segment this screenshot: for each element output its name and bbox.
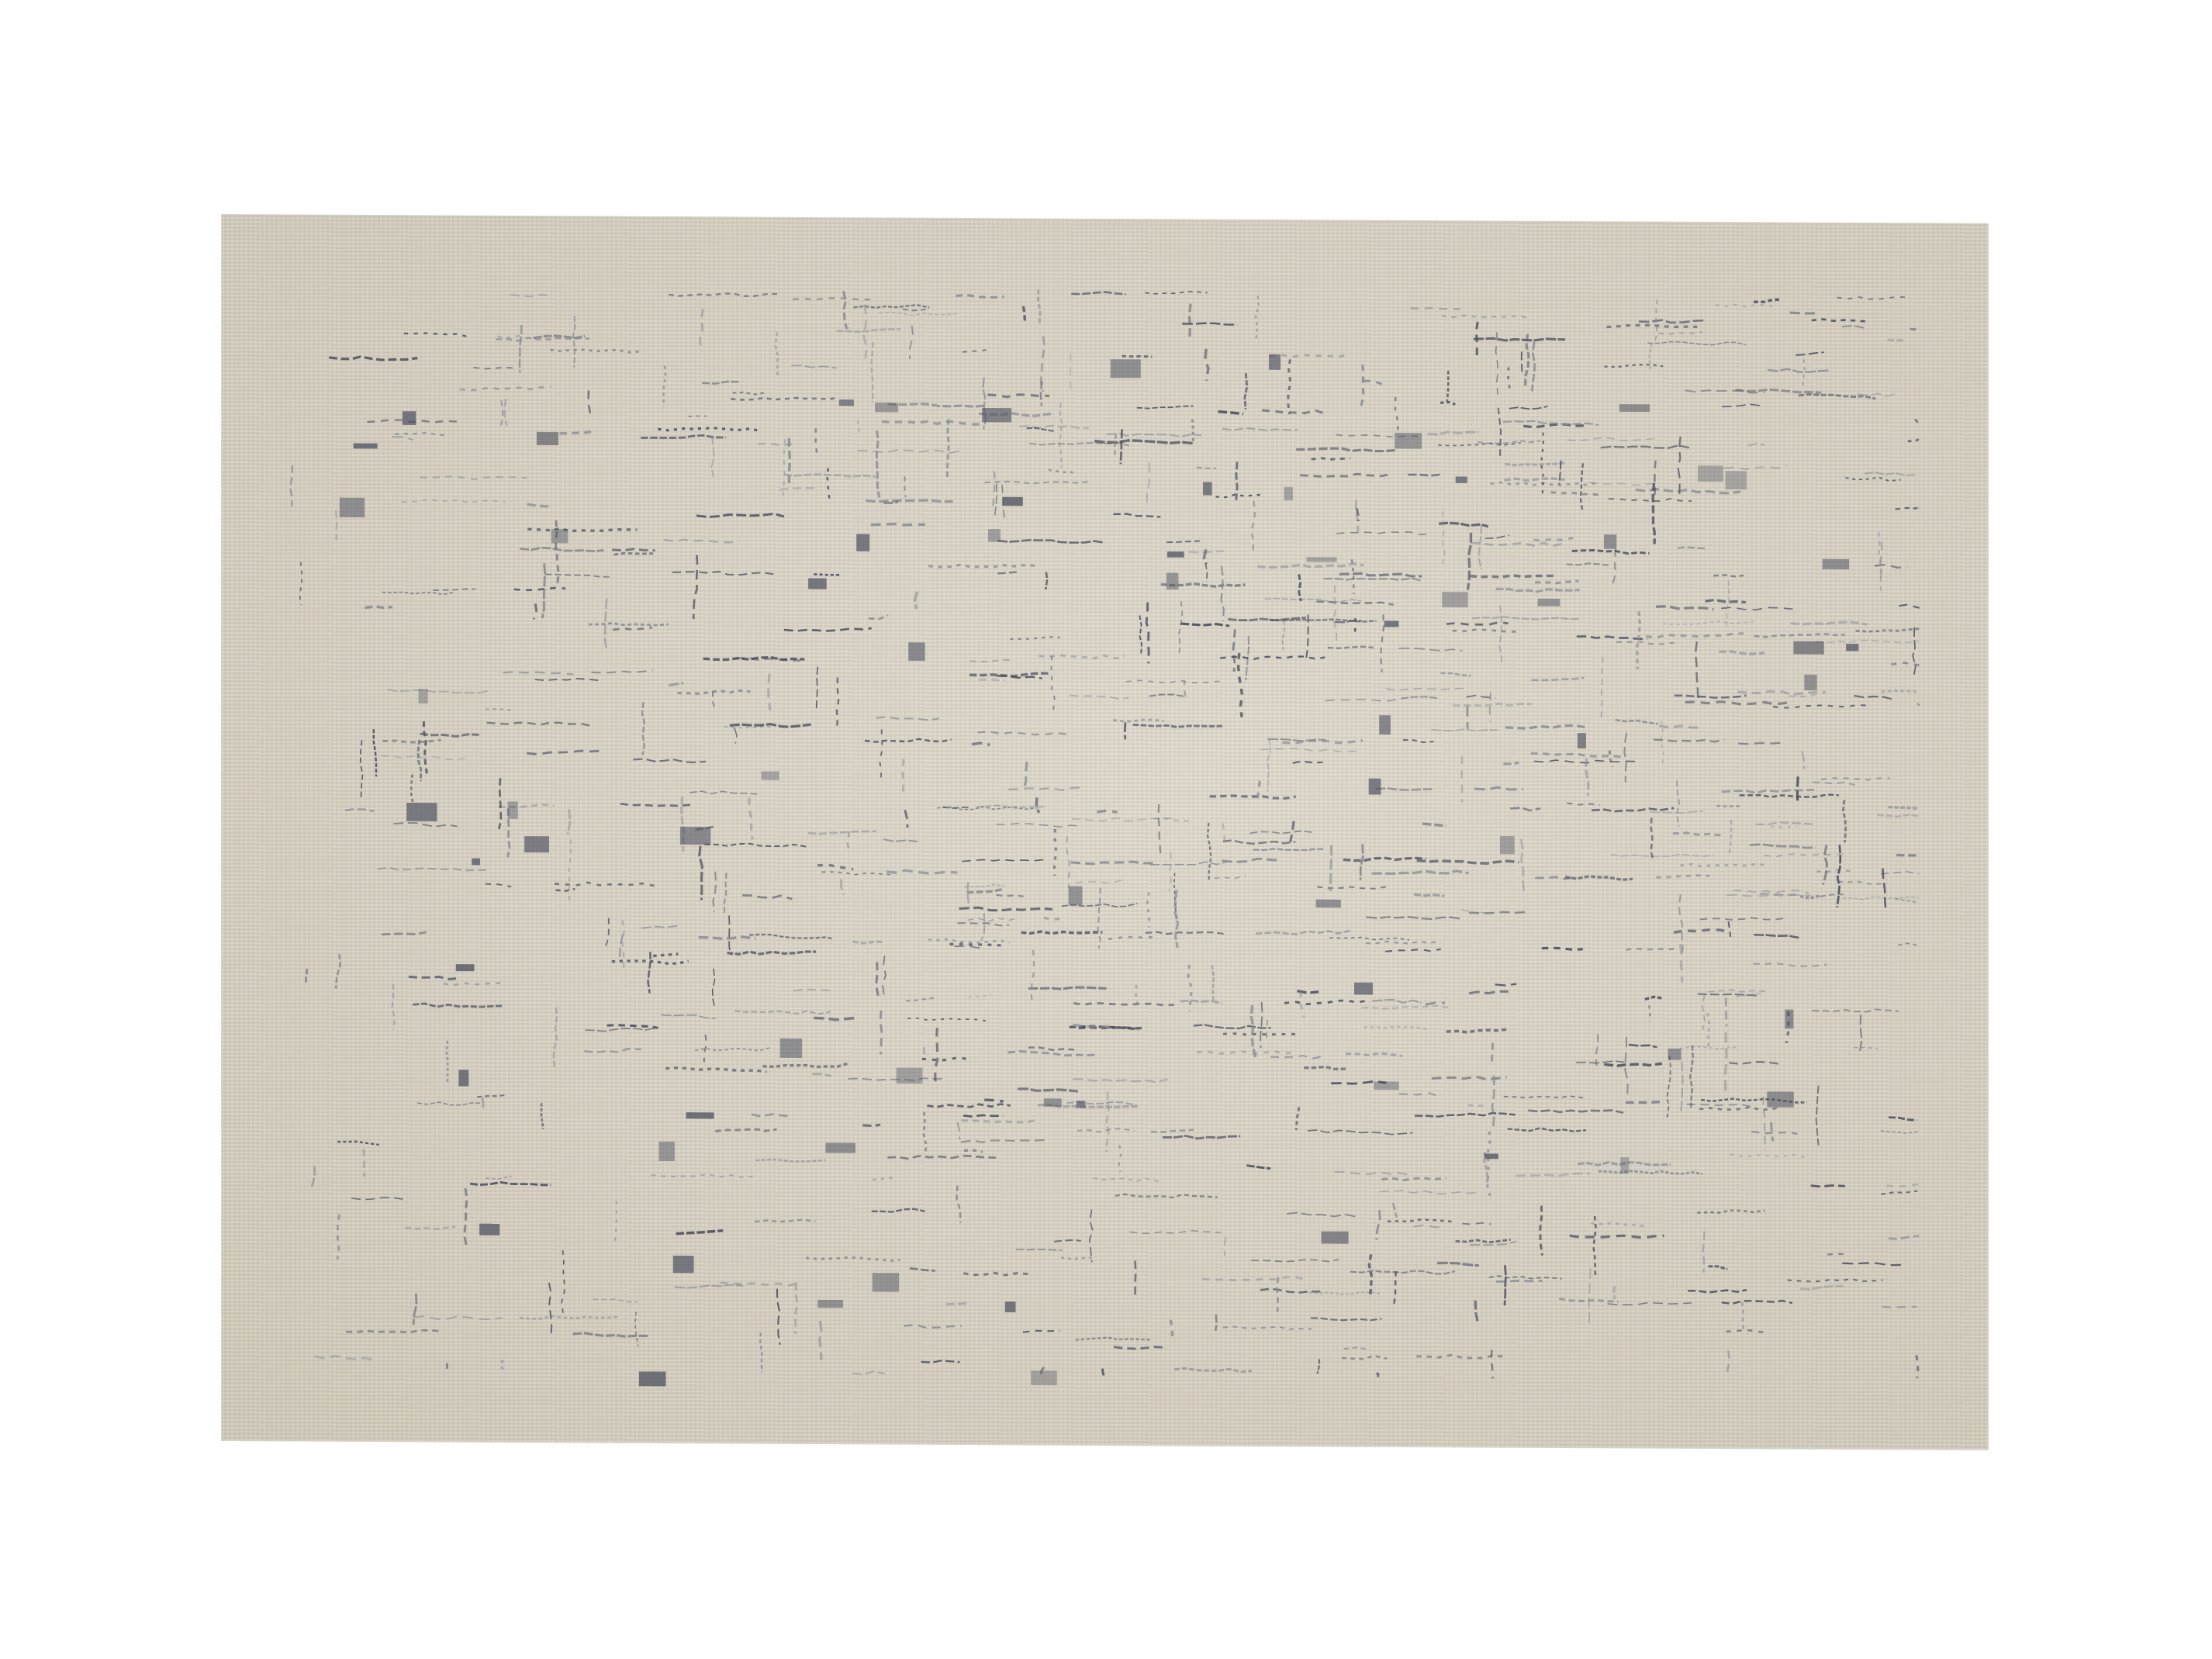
rug-crackle-pattern xyxy=(222,215,1988,1450)
photo-canvas xyxy=(0,0,2212,1659)
area-rug xyxy=(222,215,1988,1450)
